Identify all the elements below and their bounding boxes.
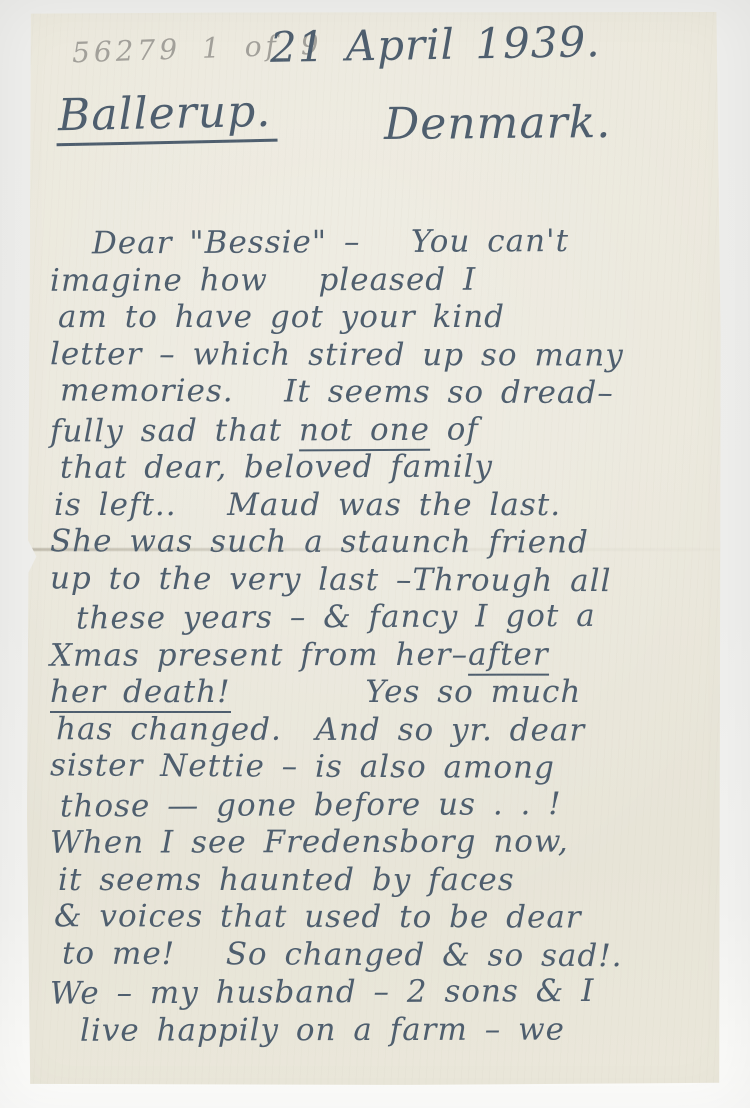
text-segment: Dear "Bessie" – You can't bbox=[92, 223, 569, 261]
letter-line: letter – which stired up so many bbox=[50, 336, 704, 375]
letter-line: live happily on a farm – we bbox=[50, 1011, 704, 1050]
letter-line: has changed. And so yr. dear bbox=[50, 711, 704, 750]
text-segment: to me! So changed & so sad!. bbox=[62, 935, 623, 974]
letter-line: it seems haunted by faces bbox=[50, 862, 704, 900]
text-segment: When I see Fredensborg now, bbox=[50, 824, 569, 861]
text-segment: has changed. And so yr. dear bbox=[56, 711, 585, 748]
text-segment: sister Nettie – is also among bbox=[50, 747, 555, 785]
letter-line: memories. It seems so dread– bbox=[50, 372, 704, 413]
letter-line: those — gone before us . . ! bbox=[50, 785, 704, 826]
text-segment: these years – & fancy I got a bbox=[76, 598, 596, 637]
text-segment: it seems haunted by faces bbox=[58, 862, 515, 898]
text-segment: those — gone before us . . ! bbox=[60, 786, 562, 824]
letter-place: Ballerup. bbox=[55, 86, 277, 147]
underlined-phrase: after bbox=[468, 636, 549, 675]
text-segment: is left.. Maud was the last. bbox=[54, 487, 561, 523]
letter-line: She was such a staunch friend bbox=[50, 523, 704, 562]
text-segment: fully sad that bbox=[50, 412, 299, 449]
letter-line: Dear "Bessie" – You can't bbox=[50, 222, 704, 263]
letter-line: Xmas present from her–after bbox=[50, 636, 704, 675]
letter-line: that dear, beloved family bbox=[50, 448, 704, 487]
text-segment: that dear, beloved family bbox=[60, 449, 493, 486]
text-segment: am to have got your kind bbox=[58, 299, 505, 335]
letter-line: fully sad that not one of bbox=[50, 410, 704, 451]
letter-line: is left.. Maud was the last. bbox=[50, 487, 704, 525]
letter-page: 56279 1 of 9 21 April 1939. Ballerup. De… bbox=[26, 12, 722, 1086]
letter-date: 21 April 1939. bbox=[270, 17, 601, 72]
letter-line: these years – & fancy I got a bbox=[50, 597, 704, 638]
text-segment: We – my husband – 2 sons & I bbox=[50, 973, 595, 1012]
underlined-phrase: not one bbox=[299, 411, 430, 451]
scanner-background: 56279 1 of 9 21 April 1939. Ballerup. De… bbox=[0, 0, 750, 1108]
text-segment: Yes so much bbox=[231, 674, 582, 710]
text-segment: memories. It seems so dread– bbox=[60, 372, 614, 411]
letter-line: up to the very last –Through all bbox=[50, 560, 704, 601]
text-segment: live happily on a farm – we bbox=[80, 1011, 565, 1048]
letter-line: We – my husband – 2 sons & I bbox=[50, 972, 704, 1013]
letter-body: Dear "Bessie" – You can'timagine how ple… bbox=[50, 224, 704, 1049]
letter-line: am to have got your kind bbox=[50, 299, 704, 337]
letter-line: sister Nettie – is also among bbox=[50, 747, 704, 788]
text-segment: letter – which stired up so many bbox=[50, 336, 624, 373]
underlined-phrase: her death! bbox=[50, 674, 231, 713]
letter-line: & voices that used to be dear bbox=[50, 898, 704, 937]
text-segment: imagine how pleased I bbox=[50, 261, 476, 298]
letter-line: to me! So changed & so sad!. bbox=[50, 935, 704, 976]
text-segment: up to the very last –Through all bbox=[50, 560, 612, 599]
text-segment: of bbox=[430, 411, 479, 447]
letter-country: Denmark. bbox=[384, 97, 612, 150]
letter-line: imagine how pleased I bbox=[50, 261, 704, 300]
letter-line: When I see Fredensborg now, bbox=[50, 823, 704, 862]
text-segment: She was such a staunch friend bbox=[50, 523, 589, 560]
letter-line: her death! Yes so much bbox=[50, 674, 704, 712]
text-segment: Xmas present from her– bbox=[50, 636, 468, 673]
text-segment: & voices that used to be dear bbox=[54, 898, 582, 935]
